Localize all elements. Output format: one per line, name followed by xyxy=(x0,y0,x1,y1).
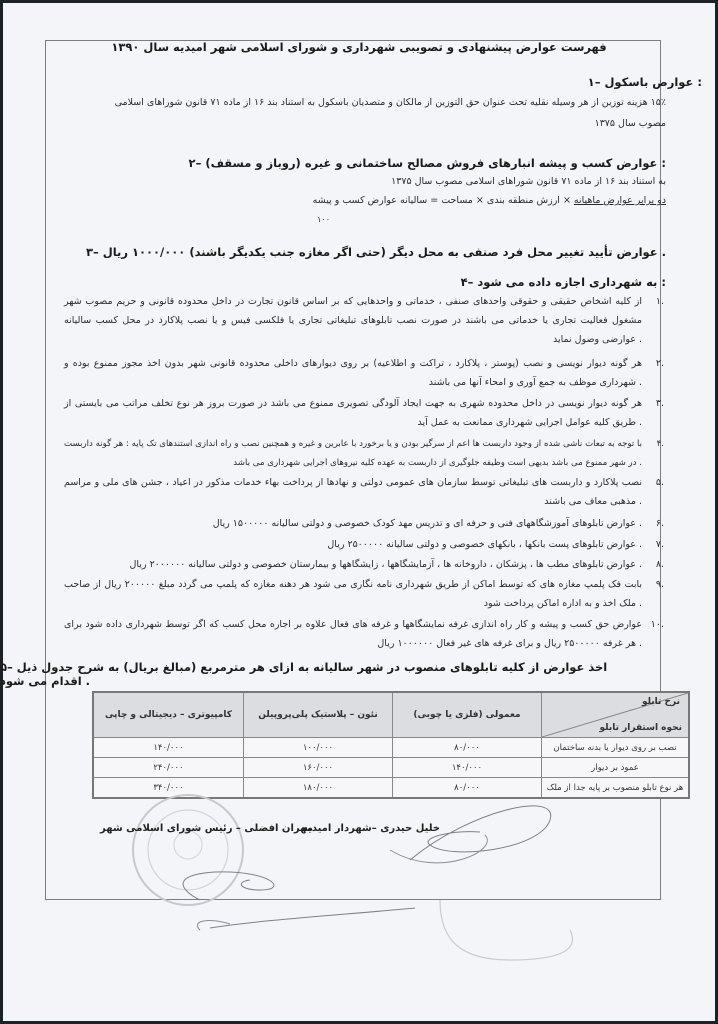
item-text: عوارض تابلوهای مطب ها ، پزشکان ، داروخان… xyxy=(64,555,642,574)
section-4-item: ۹. بابت فک پلمپ مغازه های که توسط اماکن … xyxy=(64,575,664,613)
item-text: از کلیه اشخاص حقیقی و حقوقی واحدهای صنفی… xyxy=(64,292,642,349)
item-text: عوارض تابلوهای پست بانکها ، بانکهای خصوص… xyxy=(64,535,642,554)
table-cell: ۱۰۰/۰۰۰ xyxy=(244,738,393,758)
section-4-item: ۲. هر گونه دیوار نویسی و نصب (پوستر ، پل… xyxy=(64,354,664,392)
item-number: ۱۰. xyxy=(648,615,664,634)
item-number: ۳. xyxy=(648,394,664,413)
table-cell: ۸۰/۰۰۰ xyxy=(393,778,542,799)
section-4-heading: ۴– به شهرداری اجازه داده می شود : xyxy=(461,275,666,289)
item-text: بابت فک پلمپ مغازه های که توسط اماکن از … xyxy=(64,575,642,613)
corner-top-label: نرخ تابلو xyxy=(642,697,680,707)
mayor-signature-label: خلیل حیدری –شهردار امیدیه xyxy=(302,823,440,834)
corner-header-cell: نرخ تابلو نحوه استقرار تابلو xyxy=(542,692,690,738)
table-row: نصب بر روی دیوار یا بدنه ساختمان ۸۰/۰۰۰ … xyxy=(93,738,689,758)
item-text: هر گونه دیوار نویسی در داخل محدوده شهری … xyxy=(64,394,642,432)
item-text: نصب پلاکارد و داربست های تبلیغاتی توسط س… xyxy=(64,473,642,511)
corner-bottom-label: نحوه استقرار تابلو xyxy=(600,723,683,733)
column-header: معمولی (فلزی یا چوبی) xyxy=(393,692,542,738)
item-number: ۴. xyxy=(648,435,664,454)
section-4-item: ۴. با توجه به تبعات ناشی شده از وجود دار… xyxy=(64,435,664,473)
item-number: ۶. xyxy=(648,514,664,533)
section-5-heading: ۵– اخذ عوارض از کلیه تابلوهای منصوب در ش… xyxy=(0,660,640,688)
formula-rest: × ارزش منطقه بندی × مساحت = سالیانه عوار… xyxy=(313,195,574,206)
item-number: ۲. xyxy=(648,354,664,373)
section-4-item: ۱. از کلیه اشخاص حقیقی و حقوقی واحدهای ص… xyxy=(64,292,664,349)
formula-denominator: ۱۰۰ xyxy=(317,210,330,230)
section-4-item: ۸. عوارض تابلوهای مطب ها ، پزشکان ، دارو… xyxy=(64,555,664,574)
row-label: نصب بر روی دیوار یا بدنه ساختمان xyxy=(542,738,690,758)
section-1-line-2: مصوب سال ۱۳۷۵ xyxy=(595,114,666,134)
column-header: نئون – پلاستیک پلی‌پروپیلن xyxy=(244,692,393,738)
item-number: ۹. xyxy=(648,575,664,594)
item-text: عوارض حق کسب و پیشه و کار راه اندازی غرف… xyxy=(64,615,642,653)
section-4-item: ۱۰. عوارض حق کسب و پیشه و کار راه اندازی… xyxy=(64,615,664,653)
table-row: هر نوع تابلو منصوب بر پایه جدا از ملک ۸۰… xyxy=(93,778,689,799)
section-4-item: ۷. عوارض تابلوهای پست بانکها ، بانکهای خ… xyxy=(64,535,664,554)
table-cell: ۱۴۰/۰۰۰ xyxy=(393,758,542,778)
section-3-heading: ۳– عوارض تأیید تغییر محل فرد صنفی به محل… xyxy=(86,245,666,259)
sign-fee-table: نرخ تابلو نحوه استقرار تابلو معمولی (فلز… xyxy=(92,691,690,799)
item-number: ۱. xyxy=(648,292,664,311)
formula-monthly-fee: دو برابر عوارض ماهیانه xyxy=(574,195,666,206)
table-cell: ۱۴۰/۰۰۰ xyxy=(93,738,244,758)
item-text: هر گونه دیوار نویسی و نصب (پوستر ، پلاکا… xyxy=(64,354,642,392)
item-number: ۷. xyxy=(648,535,664,554)
row-label: هر نوع تابلو منصوب بر پایه جدا از ملک xyxy=(542,778,690,799)
council-chair-signature-label: مهران افضلی – رئیس شورای اسلامی شهر xyxy=(100,823,313,834)
table-cell: ۳۴۰/۰۰۰ xyxy=(93,778,244,799)
section-4-item: ۵. نصب پلاکارد و داربست های تبلیغاتی توس… xyxy=(64,473,664,511)
section-1-heading: ۱– عوارض باسکول : xyxy=(588,75,702,89)
table-header-row: نرخ تابلو نحوه استقرار تابلو معمولی (فلز… xyxy=(93,692,689,738)
item-number: ۸. xyxy=(648,555,664,574)
item-number: ۵. xyxy=(648,473,664,492)
table-cell: ۸۰/۰۰۰ xyxy=(393,738,542,758)
section-4-item: ۳. هر گونه دیوار نویسی در داخل محدوده شه… xyxy=(64,394,664,432)
item-text: با توجه به تبعات ناشی شده از وجود داربست… xyxy=(64,435,642,473)
section-2-formula: دو برابر عوارض ماهیانه × ارزش منطقه بندی… xyxy=(313,191,666,211)
table-cell: ۲۴۰/۰۰۰ xyxy=(93,758,244,778)
section-4-item: ۶. عوارض تابلوهای آموزشگاههای فنی و حرفه… xyxy=(64,514,664,533)
table-cell: ۱۸۰/۰۰۰ xyxy=(244,778,393,799)
section-2-heading: ۲– عوارض کسب و پیشه انبارهای فروش مصالح … xyxy=(189,156,666,170)
section-2-line-1: به استناد بند ۱۶ از ماده ۷۱ قانون شوراها… xyxy=(391,172,666,192)
item-text: عوارض تابلوهای آموزشگاههای فنی و حرفه ای… xyxy=(64,514,642,533)
document-title: فهرست عوارض پیشنهادی و تصویبی شهرداری و … xyxy=(0,40,718,54)
table-row: عمود بر دیوار ۱۴۰/۰۰۰ ۱۶۰/۰۰۰ ۲۴۰/۰۰۰ xyxy=(93,758,689,778)
column-header: کامپیوتری – دیجیتالی و چاپی xyxy=(93,692,244,738)
table-cell: ۱۶۰/۰۰۰ xyxy=(244,758,393,778)
section-1-line-1: ۱۵٪ هزینه توزین از هر وسیله نقلیه تحت عن… xyxy=(46,93,666,113)
row-label: عمود بر دیوار xyxy=(542,758,690,778)
